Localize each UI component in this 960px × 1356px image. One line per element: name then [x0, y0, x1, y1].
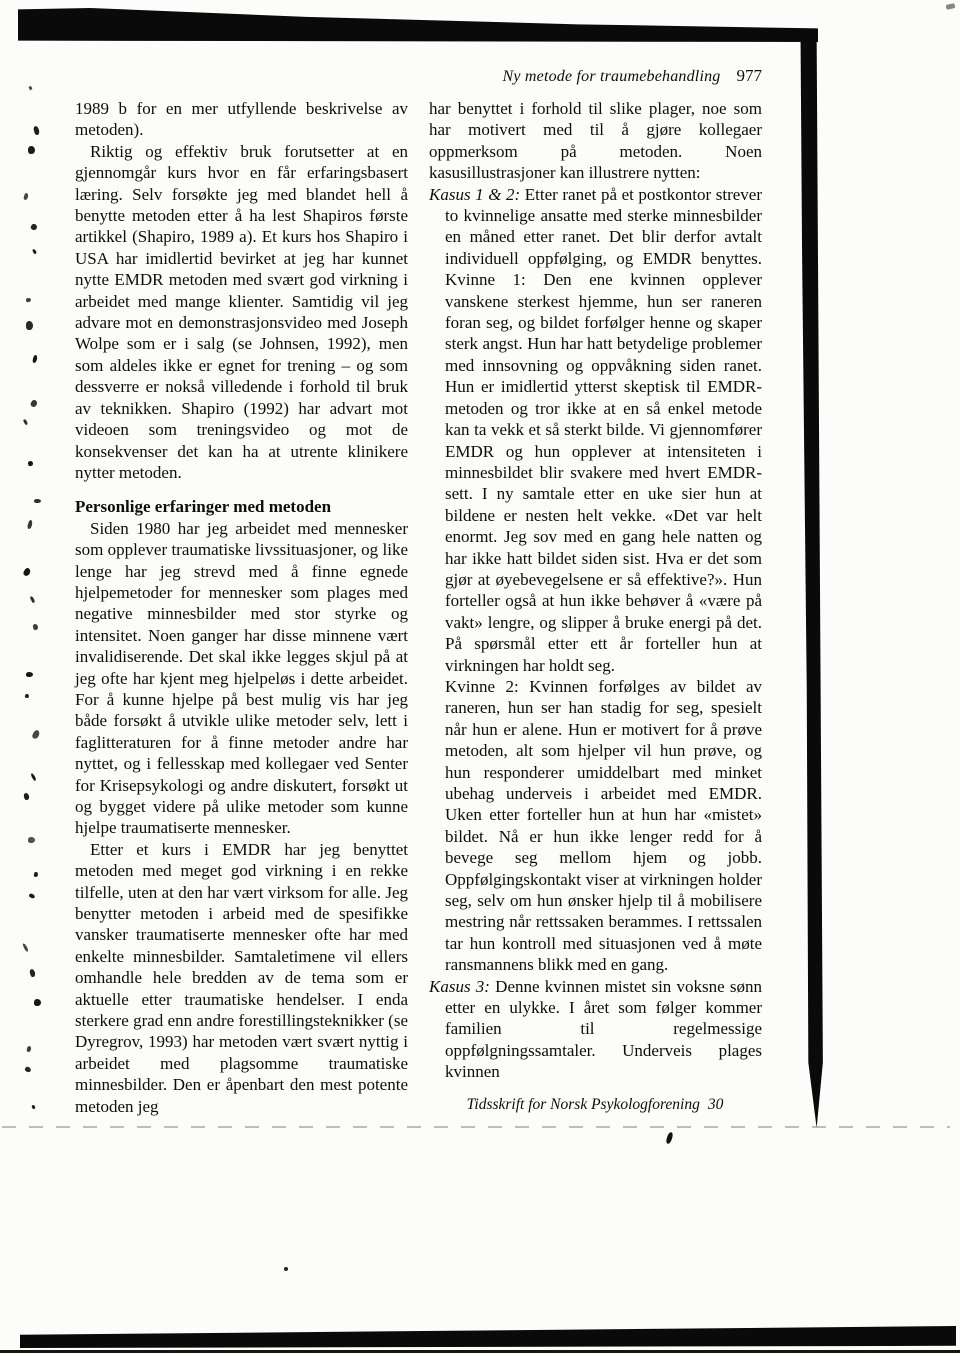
scan-artifact-bottom-band [20, 1326, 956, 1348]
scan-artifact-edge-mark [23, 419, 28, 426]
scan-artifact-edge-mark [28, 86, 33, 91]
left-column: 1989 b for en mer utfyllende beskrivelse… [75, 98, 408, 1117]
scan-artifact-edge-mark [30, 596, 36, 604]
case-illustration-1-2: Kasus 1 & 2: Etter ranet på et postkonto… [429, 184, 762, 676]
paragraph-continuation: har benyttet i forhold til slike plager,… [429, 98, 762, 184]
scan-artifact-edge-mark [32, 249, 37, 255]
case-text: Etter ranet på et postkontor strever to … [445, 185, 762, 675]
running-head-title: Ny metode for traumebehandling [503, 68, 721, 85]
article-body: 1989 b for en mer utfyllende beskrivelse… [75, 98, 763, 1117]
scan-artifact-edge-mark [33, 126, 40, 136]
scan-artifact-edge-mark [30, 399, 39, 408]
volume-number: 30 [708, 1096, 724, 1113]
scan-artifact-right-edge-band [800, 36, 826, 1128]
scan-artifact-edge-mark [28, 893, 35, 899]
scan-artifact-edge-mark [23, 193, 29, 201]
scan-artifact-top-band [18, 8, 818, 42]
case-illustration-3: Kasus 3: Denne kvinnen mistet sin voksne… [429, 976, 762, 1083]
scan-artifact-edge-mark [34, 999, 41, 1006]
scan-artifact-edge-mark [26, 672, 33, 677]
paragraph: Siden 1980 har jeg arbeidet med menneske… [75, 518, 408, 839]
scan-artifact-edge-mark [22, 567, 31, 577]
scan-artifact-edge-mark [29, 969, 36, 978]
scan-artifact-dashed-line [2, 1126, 950, 1128]
scan-artifact-corner-mark [946, 3, 956, 10]
scan-artifact-edge-mark [24, 1066, 32, 1073]
scan-artifact-edge-mark [33, 872, 38, 878]
case-label: Kasus 3: [429, 977, 490, 996]
scan-artifact-edge-mark [26, 321, 33, 330]
scan-artifact-edge-mark [23, 792, 30, 800]
scanned-journal-page: { "header": { "running_title": "Ny metod… [0, 0, 960, 1356]
scan-artifact-edge-mark [28, 146, 35, 154]
scan-artifact-edge-mark [28, 837, 35, 843]
paragraph: Etter et kurs i EMDR har jeg benyttet me… [75, 839, 408, 1117]
scan-artifact-edge-mark [32, 623, 38, 630]
scan-artifact-speck [284, 1267, 288, 1271]
scan-artifact-ink-mark [665, 1132, 673, 1145]
scan-artifact-edge-mark [26, 1046, 31, 1053]
journal-footer: Tidsskrift for Norsk Psykologforening30 [428, 1096, 762, 1114]
scan-artifact-edge-mark [30, 773, 36, 781]
scan-artifact-edge-mark [34, 499, 41, 503]
scan-artifact-bottom-line [0, 1350, 960, 1353]
scan-artifact-edge-mark [26, 297, 32, 302]
scan-artifact-edge-mark [31, 729, 41, 740]
scan-artifact-edge-mark [31, 1105, 36, 1110]
page-number: 977 [737, 66, 763, 85]
case-text: Denne kvinnen mistet sin voksne sønn ett… [445, 977, 762, 1082]
right-column: har benyttet i forhold til slike plager,… [429, 98, 762, 1117]
scan-artifact-edge-mark [32, 355, 38, 364]
scan-artifact-edge-mark [27, 460, 33, 466]
scan-artifact-edge-mark [30, 223, 38, 231]
case-label: Kasus 1 & 2: [429, 185, 520, 204]
running-head: Ny metode for traumebehandling 977 [428, 66, 762, 86]
scan-artifact-edge-mark [22, 943, 29, 952]
section-heading: Personlige erfaringer med metoden [75, 496, 408, 517]
journal-name: Tidsskrift for Norsk Psykologforening [467, 1096, 700, 1113]
case-illustration-kvinne-2: Kvinne 2: Kvinnen forfølges av bildet av… [429, 676, 762, 976]
scan-artifact-edge-mark [27, 520, 33, 530]
scan-artifact-edge-mark [25, 694, 30, 699]
paragraph-continuation: 1989 b for en mer utfyllende beskrivelse… [75, 98, 408, 141]
paragraph: Riktig og effektiv bruk forutsetter at e… [75, 141, 408, 484]
